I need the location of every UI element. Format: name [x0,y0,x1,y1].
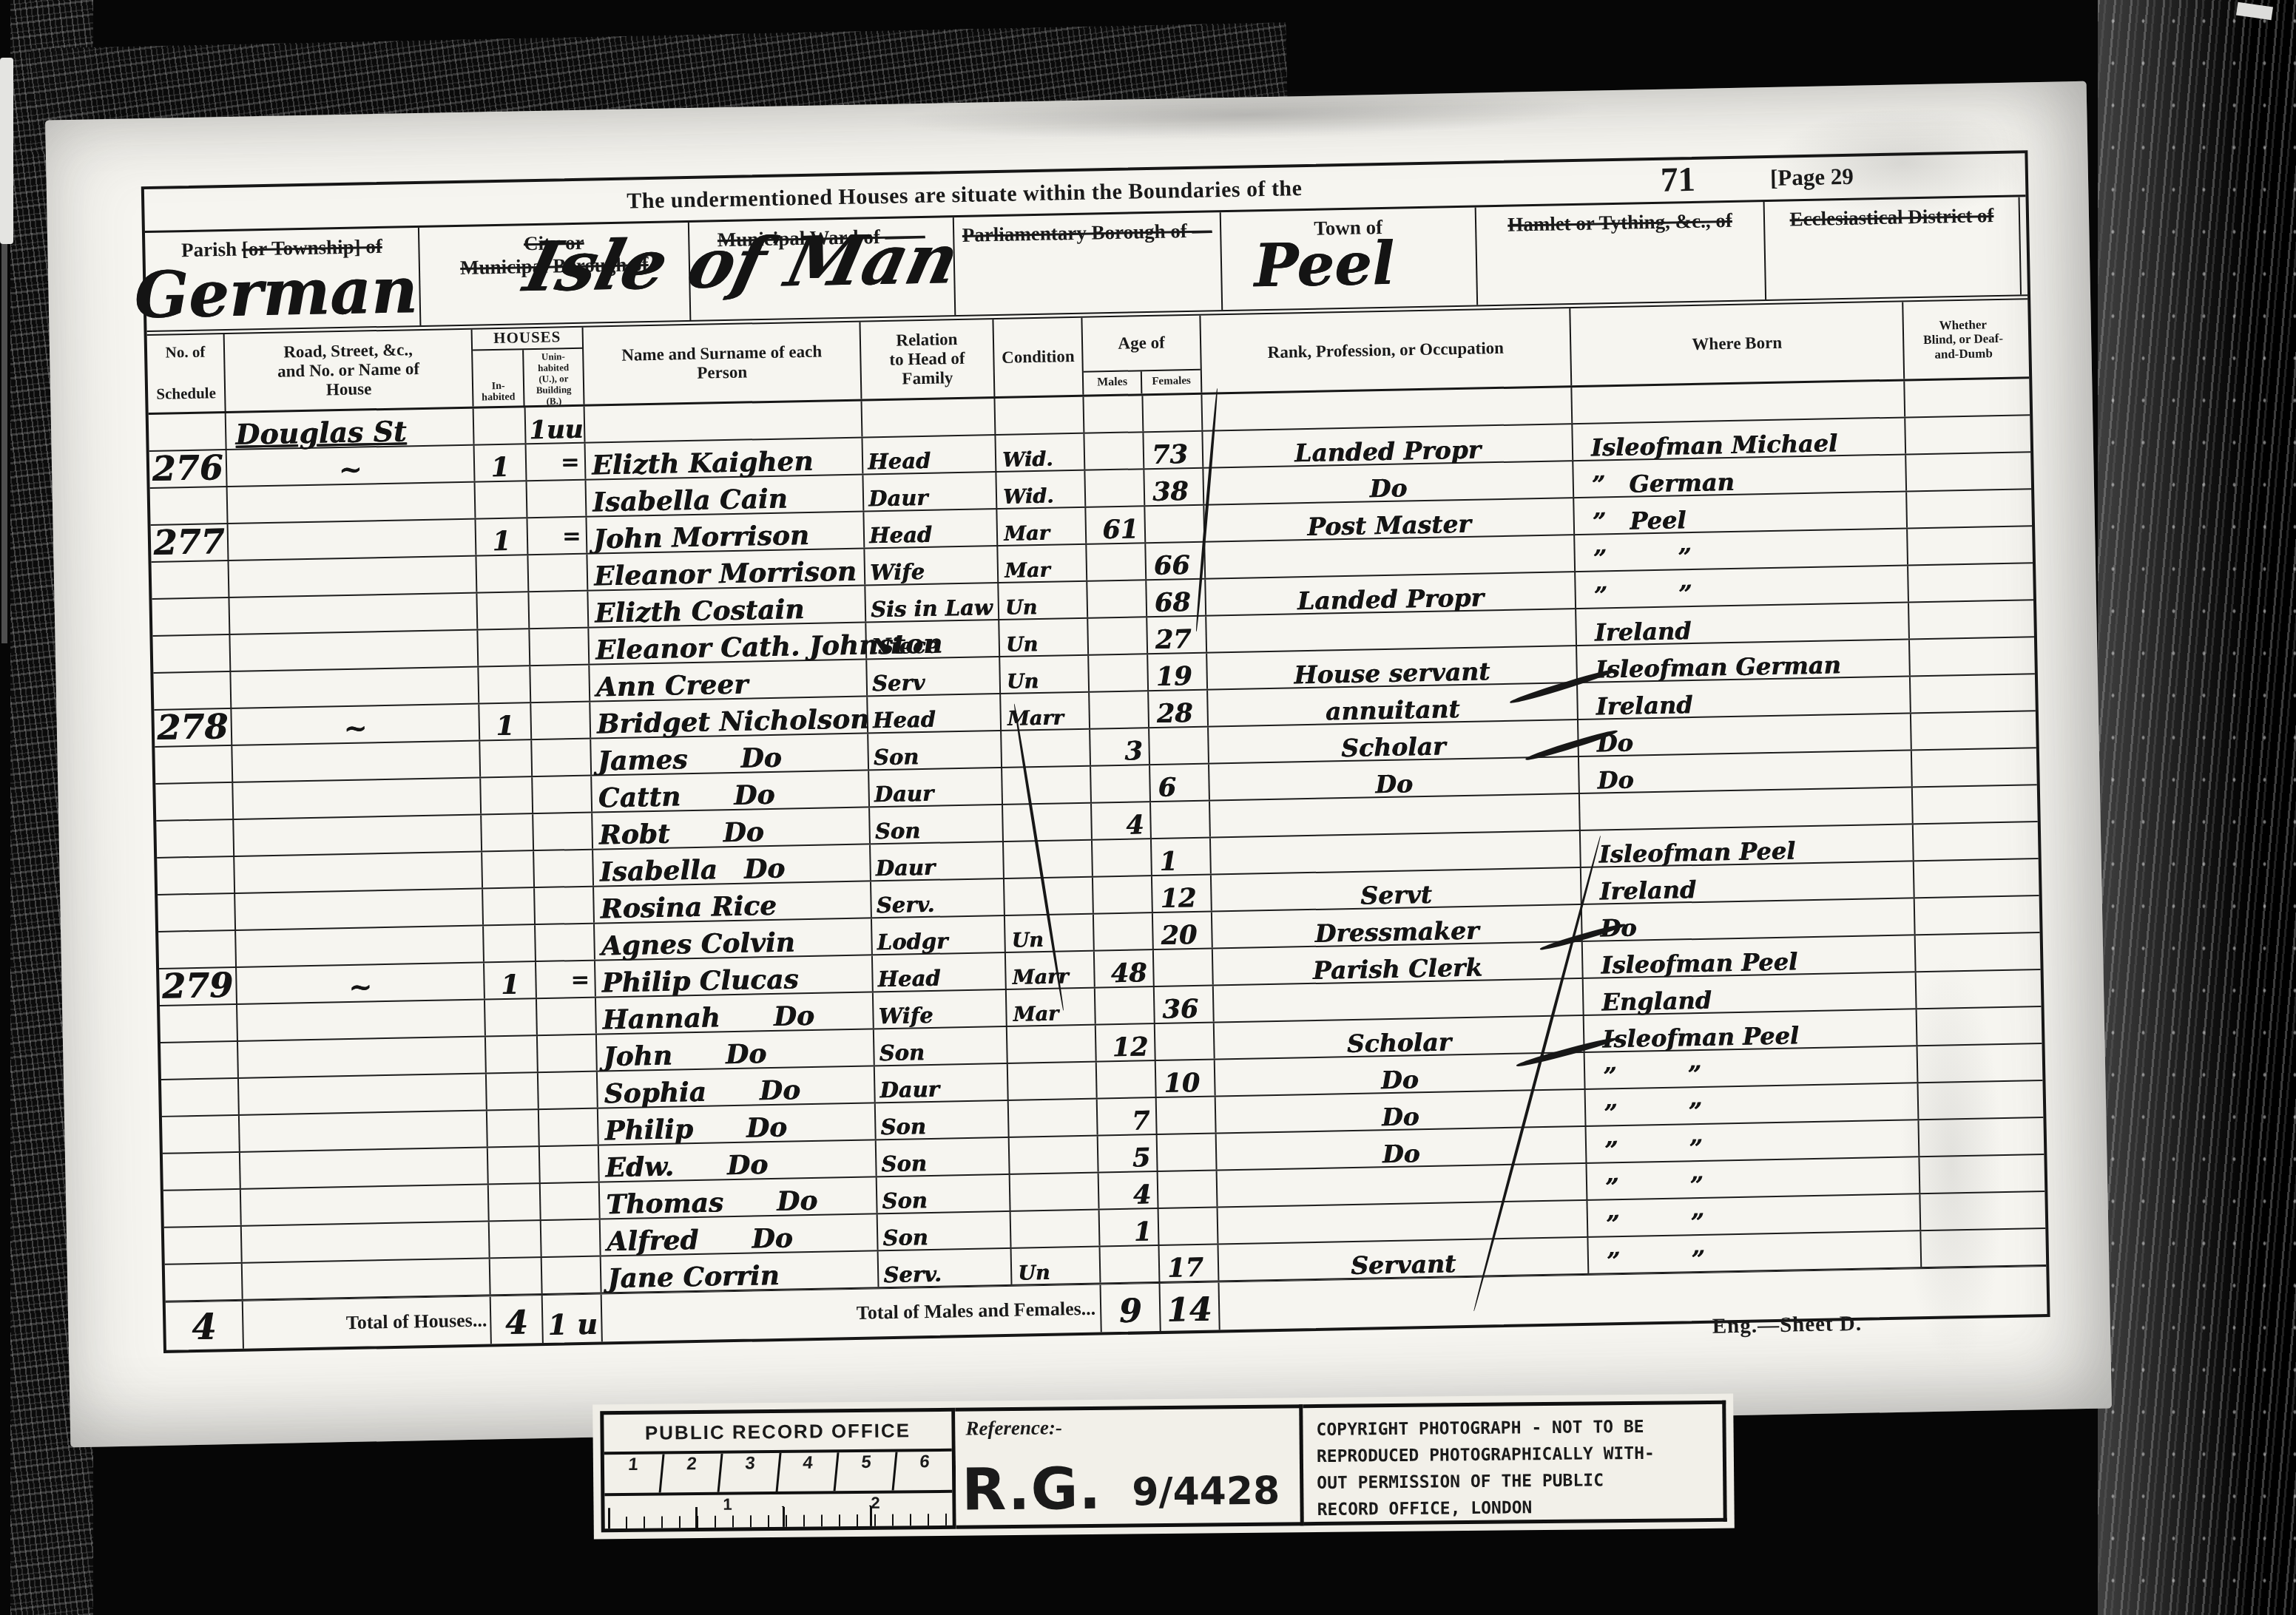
col-header-males: Males [1084,371,1143,395]
age-male-entry [1084,433,1144,470]
relation-entry: Serv. [871,879,1005,917]
occupation-entry: Do [1217,1127,1587,1170]
street-entry [238,1037,487,1077]
age-female-entry [1151,802,1211,839]
person-name: Ann Creer [596,671,749,700]
street-entry [243,1259,491,1299]
condition-entry: Un [1012,1247,1101,1284]
age-male-entry [1088,617,1148,654]
schedule-number [149,413,227,450]
field-label-struck: Parliamentary Borough of — [962,219,1212,246]
infirmity-entry [1908,527,2027,564]
copyright-notice-box: COPYRIGHT PHOTOGRAPH - NOT TO BE REPRODU… [1303,1401,1727,1526]
name-cell: Thomas Do [600,1177,878,1218]
relation-entry: Son [874,1027,1008,1065]
schedule-number [164,1227,243,1264]
uninhabited-entry [530,629,590,666]
schedule-number [158,931,237,968]
archive-reference-strip: PUBLIC RECORD OFFICE 1 2 3 4 5 6 1 2 Ref… [592,1394,1735,1540]
occupation-entry [1206,609,1577,652]
person-name: John Morrison [593,523,809,552]
relation-entry: Head [868,694,1002,732]
uninhabited-entry [528,555,588,592]
field-label-struck: Hamlet or Tything, &c., of [1507,209,1732,236]
where-born-entry: ” ” [1575,529,1908,571]
street-entry [234,852,483,892]
occupation-entry [1202,387,1573,430]
relation-entry: Son [877,1138,1010,1176]
inhabited-entry [478,629,530,666]
age-female-entry: 73 [1144,432,1203,469]
name-cell: Eleanor Morrison [587,549,865,589]
relation-entry [862,399,996,436]
age-male-entry [1095,987,1155,1024]
street-entry [233,779,482,819]
age-female-entry: 1 [1152,839,1212,876]
ruler-centimetres: 1 2 3 4 5 6 [604,1452,953,1497]
inhabited-entry [490,1258,543,1294]
pro-title: PUBLIC RECORD OFFICE [604,1412,951,1455]
uninhabited-entry [539,1109,599,1146]
occupation-entry [1211,831,1581,874]
relation-entry: Son [870,805,1004,843]
schedule-number: 276 [149,450,228,487]
where-born-entry: Ireland [1581,861,1915,904]
condition-entry: Un [999,619,1089,656]
age-male-entry: 12 [1096,1024,1156,1061]
schedule-number [160,1005,238,1042]
condition-entry: Wid. [996,434,1085,471]
field-label: Town of [1314,216,1382,240]
where-born-entry: Isleofman Peel [1581,825,1914,867]
field-label-struck: City or Municipal Borough of [460,231,649,279]
name-cell: Rosina Rice [594,881,872,922]
occupation-entry: Parish Clerk [1213,942,1584,985]
reference-box: Reference:- R.G. 9/4428 [955,1404,1304,1529]
relation-entry: Son [878,1212,1012,1250]
total-schedule-count: 4 [166,1301,244,1350]
relation-entry: Daur [871,842,1004,880]
ruler-inches: 1 2 [604,1493,952,1529]
infirmity-entry [1914,859,2033,897]
person-name: Robt Do [598,819,764,847]
infirmity-entry [1916,933,2035,971]
field-label: Parish [181,238,242,262]
col-header-inhabited: In- habited [473,350,525,408]
relation-entry: Head [873,953,1007,991]
name-cell: =Philip Clucas [595,955,874,996]
where-born-entry: ” ” [1588,1231,1922,1273]
where-born-entry: ” German [1573,455,1907,497]
district-field-ecclesiastical: Ecclesiastical District of [1765,197,2022,299]
age-male-entry [1101,1246,1161,1283]
relation-entry: Daur [869,768,1003,806]
uninhabited-entry [527,481,587,518]
relation-entry: Daur [875,1064,1009,1102]
condition-entry: Mar [1007,989,1096,1026]
occupation-entry: Landed Propr [1206,572,1576,615]
inhabited-entry [486,1036,538,1072]
total-inhabited: 4 [491,1296,544,1344]
person-name: John Do [603,1041,766,1069]
infirmity-entry [1905,379,2024,416]
age-female-entry [1159,1208,1219,1245]
inhabited-entry [487,1110,540,1146]
relation-entry: Head [864,509,998,547]
schedule-number [161,1079,240,1116]
infirmity-entry [1907,490,2026,527]
inhabited-entry [487,1073,539,1109]
form-title: The undermentioned Houses are situate wi… [627,176,1303,214]
col-header-schedule: No. of Schedule [147,334,226,413]
uninhabited-entry [537,998,597,1035]
col-header-where-born: Where Born [1570,302,1905,385]
occupation-entry [1218,1201,1589,1244]
uninhabited-entry [529,592,589,629]
age-male-entry: 61 [1086,507,1146,544]
age-male-entry: 5 [1098,1135,1158,1172]
ruler-segment: 4 [777,1452,840,1492]
where-born-entry: Ireland [1578,677,1911,719]
col-header-name: Name and Surname of each Person [584,322,862,404]
condition-entry [1003,804,1093,841]
name-cell: Cattn Do [592,771,870,811]
folio-number: 71 [1660,160,1695,200]
schedule-number [155,783,234,820]
where-born-entry: ” ” [1585,1046,1919,1088]
occupation-entry: Scholar [1209,720,1579,763]
district-field-city-borough: City or Municipal Borough of [419,223,691,325]
condition-entry [1011,1211,1101,1247]
street-entry: ~ [232,705,480,745]
uninhabited-entry [533,813,593,850]
uninhabited-entry [536,924,595,961]
occupation-entry: Post Master [1204,498,1575,541]
infirmity-entry [1906,453,2025,490]
age-female-entry: 38 [1144,469,1204,506]
where-born-entry [1572,381,1905,423]
uninhabited-entry [538,1072,598,1109]
copyright-line: RECORD OFFICE, LONDON [1317,1493,1723,1523]
inhabited-entry: 1 [479,703,532,739]
person-name: Bridget Nicholson [597,706,870,737]
infirmity-entry [1919,1155,2039,1193]
name-cell: Philip Do [598,1103,877,1144]
occupation-entry: Do [1216,1090,1587,1133]
total-houses-label: Total of Houses... [243,1296,492,1348]
household-head-mark: = [562,526,580,547]
condition-entry [1010,1174,1100,1211]
inhabited-entry [481,777,533,813]
col-header-relation: Relation to Head of Family [860,319,995,399]
condition-entry [1002,767,1092,804]
street-entry [231,668,479,708]
condition-entry [1004,841,1093,878]
where-born-entry: ” Peel [1574,492,1908,534]
relation-entry: Wife [865,546,999,584]
person-name: Jane Corrin [607,1263,780,1292]
name-cell: Agnes Colvin [595,918,873,959]
age-male-entry: 4 [1092,802,1152,839]
infirmity-entry [1910,637,2029,675]
person-name: Rosina Rice [600,893,777,922]
name-cell: Robt Do [592,807,871,848]
person-name: Elizth Costain [595,597,805,626]
infirmity-entry [1917,970,2036,1008]
name-cell: Ann Creer [590,660,868,700]
schedule-number [152,598,230,635]
inhabited-entry [480,740,533,776]
person-name: Alfred Do [607,1225,793,1254]
occupation-entry: annuitant [1208,683,1578,726]
name-cell: Elizth Costain [588,586,866,626]
age-male-entry [1091,765,1151,802]
name-cell [585,402,863,442]
where-born-entry: Isleofman German [1577,640,1911,682]
record-group-code: R.G. [962,1456,1102,1524]
schedule-number [156,820,234,857]
infirmity-entry [1917,1007,2036,1045]
age-female-entry: 27 [1147,617,1207,654]
where-born-entry: Isleofman Peel [1584,1009,1918,1052]
age-female-entry: 19 [1148,654,1208,691]
where-born-entry: ” ” [1587,1120,1920,1162]
street-entry: ~ [237,963,485,1003]
where-born-entry: Do [1582,898,1916,941]
relation-entry: Son [877,1175,1011,1213]
relation-entry: Lodgr [872,916,1006,954]
age-male-entry [1089,654,1149,691]
col-header-street: Road, Street, &c., and No. or Name of Ho… [225,330,474,411]
infirmity-entry [1915,896,2034,934]
ruler-segment: 6 [894,1452,954,1491]
schedule-number [150,487,229,524]
person-name: Elizth Kaighen [592,449,814,478]
district-field-town: Town of [1221,208,1478,311]
infirmity-entry [1911,674,2030,712]
field-label-struck: Municipal Ward of —— [717,225,925,251]
relation-entry: Son [868,731,1002,769]
inhabited-entry [476,481,528,518]
occupation-entry [1218,1164,1588,1207]
occupation-entry [1214,979,1584,1022]
condition-entry [1002,730,1091,767]
infirmity-entry [1911,711,2030,749]
where-born-entry: ” ” [1587,1157,1921,1199]
condition-entry: Marr [1006,952,1095,989]
ruler-segment: 3 [719,1453,781,1492]
col-header-females: Females [1142,370,1201,394]
street-entry: Douglas St [226,409,475,449]
schedule-number [152,635,231,672]
where-born-entry [1580,788,1914,830]
age-female-entry [1157,1097,1217,1134]
street-entry [228,483,476,523]
age-female-entry [1158,1171,1218,1208]
age-female-entry: 68 [1147,580,1206,617]
age-female-entry: 10 [1156,1060,1216,1097]
uninhabited-entry [538,1035,598,1072]
name-cell: John Do [597,1029,875,1070]
where-born-entry: ” ” [1587,1194,1921,1236]
schedule-number [155,746,233,783]
uninhabited-entry [535,887,595,924]
col-header-uninhabited: Unin- habited (U.), or Building (B.) [524,349,583,407]
street-entry [230,631,479,671]
uninhabited-entry [532,739,592,776]
relation-entry: Daur [863,473,997,510]
col-header-houses: HOUSES In- habited Unin- habited (U.), o… [473,328,585,407]
age-male-entry: 3 [1090,728,1150,765]
inhabited-entry [482,851,535,887]
condition-entry: Un [999,582,1088,619]
district-field-parish: Parish [or Township] of [145,228,421,331]
infirmity-entry [1918,1044,2037,1082]
person-name: Cattn Do [598,782,774,811]
census-page: The undermentioned Houses are situate wi… [45,81,2112,1448]
age-female-entry [1154,949,1214,986]
age-male-entry: 4 [1099,1172,1159,1209]
age-female-entry: 36 [1155,986,1215,1023]
infirmity-entry [1908,563,2027,601]
inhabited-entry [483,888,536,924]
uninhabited-entry [533,776,592,813]
condition-entry: Wid. [996,471,1086,508]
relation-entry: Serv [867,657,1001,695]
relation-entry: Wife [874,990,1007,1028]
street-entry [229,594,478,634]
age-female-entry [1143,395,1203,432]
occupation-entry: Landed Propr [1203,424,1573,467]
name-cell: =John Morrison [587,512,865,552]
street-entry [229,520,477,560]
person-name: Hannah Do [602,1003,814,1033]
age-female-entry [1149,728,1209,765]
age-male-entry: 7 [1098,1098,1158,1135]
copyright-line: REPRODUCED PHOTOGRAPHICALLY WITH- [1317,1440,1723,1470]
age-group-label: Age of [1082,316,1200,371]
where-born-entry: England [1584,972,1917,1015]
condition-entry: Mar [997,508,1087,545]
age-male-entry [1087,580,1147,617]
person-name: Edw. Do [605,1152,768,1180]
person-name: Sophia Do [604,1077,800,1106]
field-label-struck: Ecclesiastical District of [1789,204,1993,230]
occupation-entry: Do [1203,461,1574,504]
name-cell: Alfred Do [601,1214,879,1255]
street-entry [234,816,482,856]
street-entry [239,1074,487,1114]
street-entry [237,1000,486,1040]
name-cell: Jane Corrin [601,1251,879,1292]
name-cell: Sophia Do [598,1066,876,1107]
occupation-entry: Dressmaker [1212,905,1583,948]
infirmity-entry [1913,785,2032,823]
inhabited-entry [474,407,527,444]
where-born-entry: Isleofman Michael [1573,418,1906,460]
total-males: 9 [1101,1284,1161,1333]
relation-entry: Son [876,1101,1010,1139]
age-female-entry: 28 [1149,691,1209,728]
street-entry [241,1185,490,1225]
district-field-hamlet: Hamlet or Tything, &c., of [1476,202,1766,305]
inhabited-entry: 1 [475,444,527,481]
schedule-number: 277 [151,524,229,561]
schedule-number: 278 [154,709,232,746]
age-female-entry [1145,506,1205,543]
film-edge-right [2098,0,2296,1615]
age-female-entry: 20 [1153,913,1213,949]
occupation-entry: Do [1209,757,1580,800]
person-name: Thomas Do [606,1188,817,1218]
where-born-entry: Do [1578,714,1912,756]
infirmity-entry [1912,748,2031,786]
infirmity-entry [1920,1192,2039,1230]
age-male-entry [1097,1061,1157,1098]
inhabited-entry [479,666,531,702]
person-name: James Do [597,745,781,774]
where-born-entry: Isleofman Peel [1583,935,1917,978]
street-entry [240,1148,489,1188]
street-entry [229,557,478,597]
condition-entry [995,397,1084,434]
condition-entry [1009,1100,1098,1137]
copyright-line: COPYRIGHT PHOTOGRAPH - NOT TO BE [1316,1413,1722,1443]
col-header-occupation: Rank, Profession, or Occupation [1201,308,1572,393]
uninhabited-entry: 1uu [526,407,586,444]
infirmity-entry [1914,822,2033,860]
ruler-segment: 2 [661,1454,723,1493]
condition-entry: Marr [1001,693,1090,730]
uninhabited-entry [542,1257,602,1294]
census-rows: Douglas St 1uu 276 ~ 1 =Elizth Kaighen H… [149,379,2047,1302]
inhabited-entry [489,1184,541,1220]
name-cell: Eleanor Cath. Johnston [589,623,867,663]
schedule-number [161,1042,239,1079]
col-header-condition: Condition [993,318,1084,396]
street-entry [240,1111,488,1151]
field-label-struck: [or Township] of [241,235,382,260]
where-born-entry: Do [1579,751,1913,793]
schedule-number [163,1153,241,1190]
street-entry [236,926,484,966]
infirmity-entry [1909,600,2028,638]
inhabited-entry [488,1147,541,1183]
occupation-entry [1205,535,1576,578]
reference-number: 9/4428 [1132,1469,1280,1514]
uninhabited-entry [540,1146,600,1183]
sheet-note: Eng.—Sheet D. [1712,1312,1862,1339]
age-female-entry: 66 [1146,543,1206,580]
schedule-number [157,857,235,894]
street-entry [235,889,484,929]
schedule-number [162,1116,240,1153]
film-edge-highlight [1,244,7,643]
total-females: 14 [1161,1282,1220,1331]
household-head-mark: = [561,452,578,473]
condition-entry: Un [1005,915,1095,952]
schedule-number: 279 [159,968,237,1005]
person-name: Isabella Cain [592,486,788,515]
uninhabited-entry [531,702,591,739]
person-name: Isabella Do [599,856,785,884]
age-male-entry [1087,544,1147,580]
inhabited-entry [485,999,538,1035]
person-name: Agnes Colvin [601,930,795,958]
name-cell: Edw. Do [599,1140,877,1181]
inhabited-entry [477,592,530,629]
infirmity-entry [1918,1081,2037,1119]
